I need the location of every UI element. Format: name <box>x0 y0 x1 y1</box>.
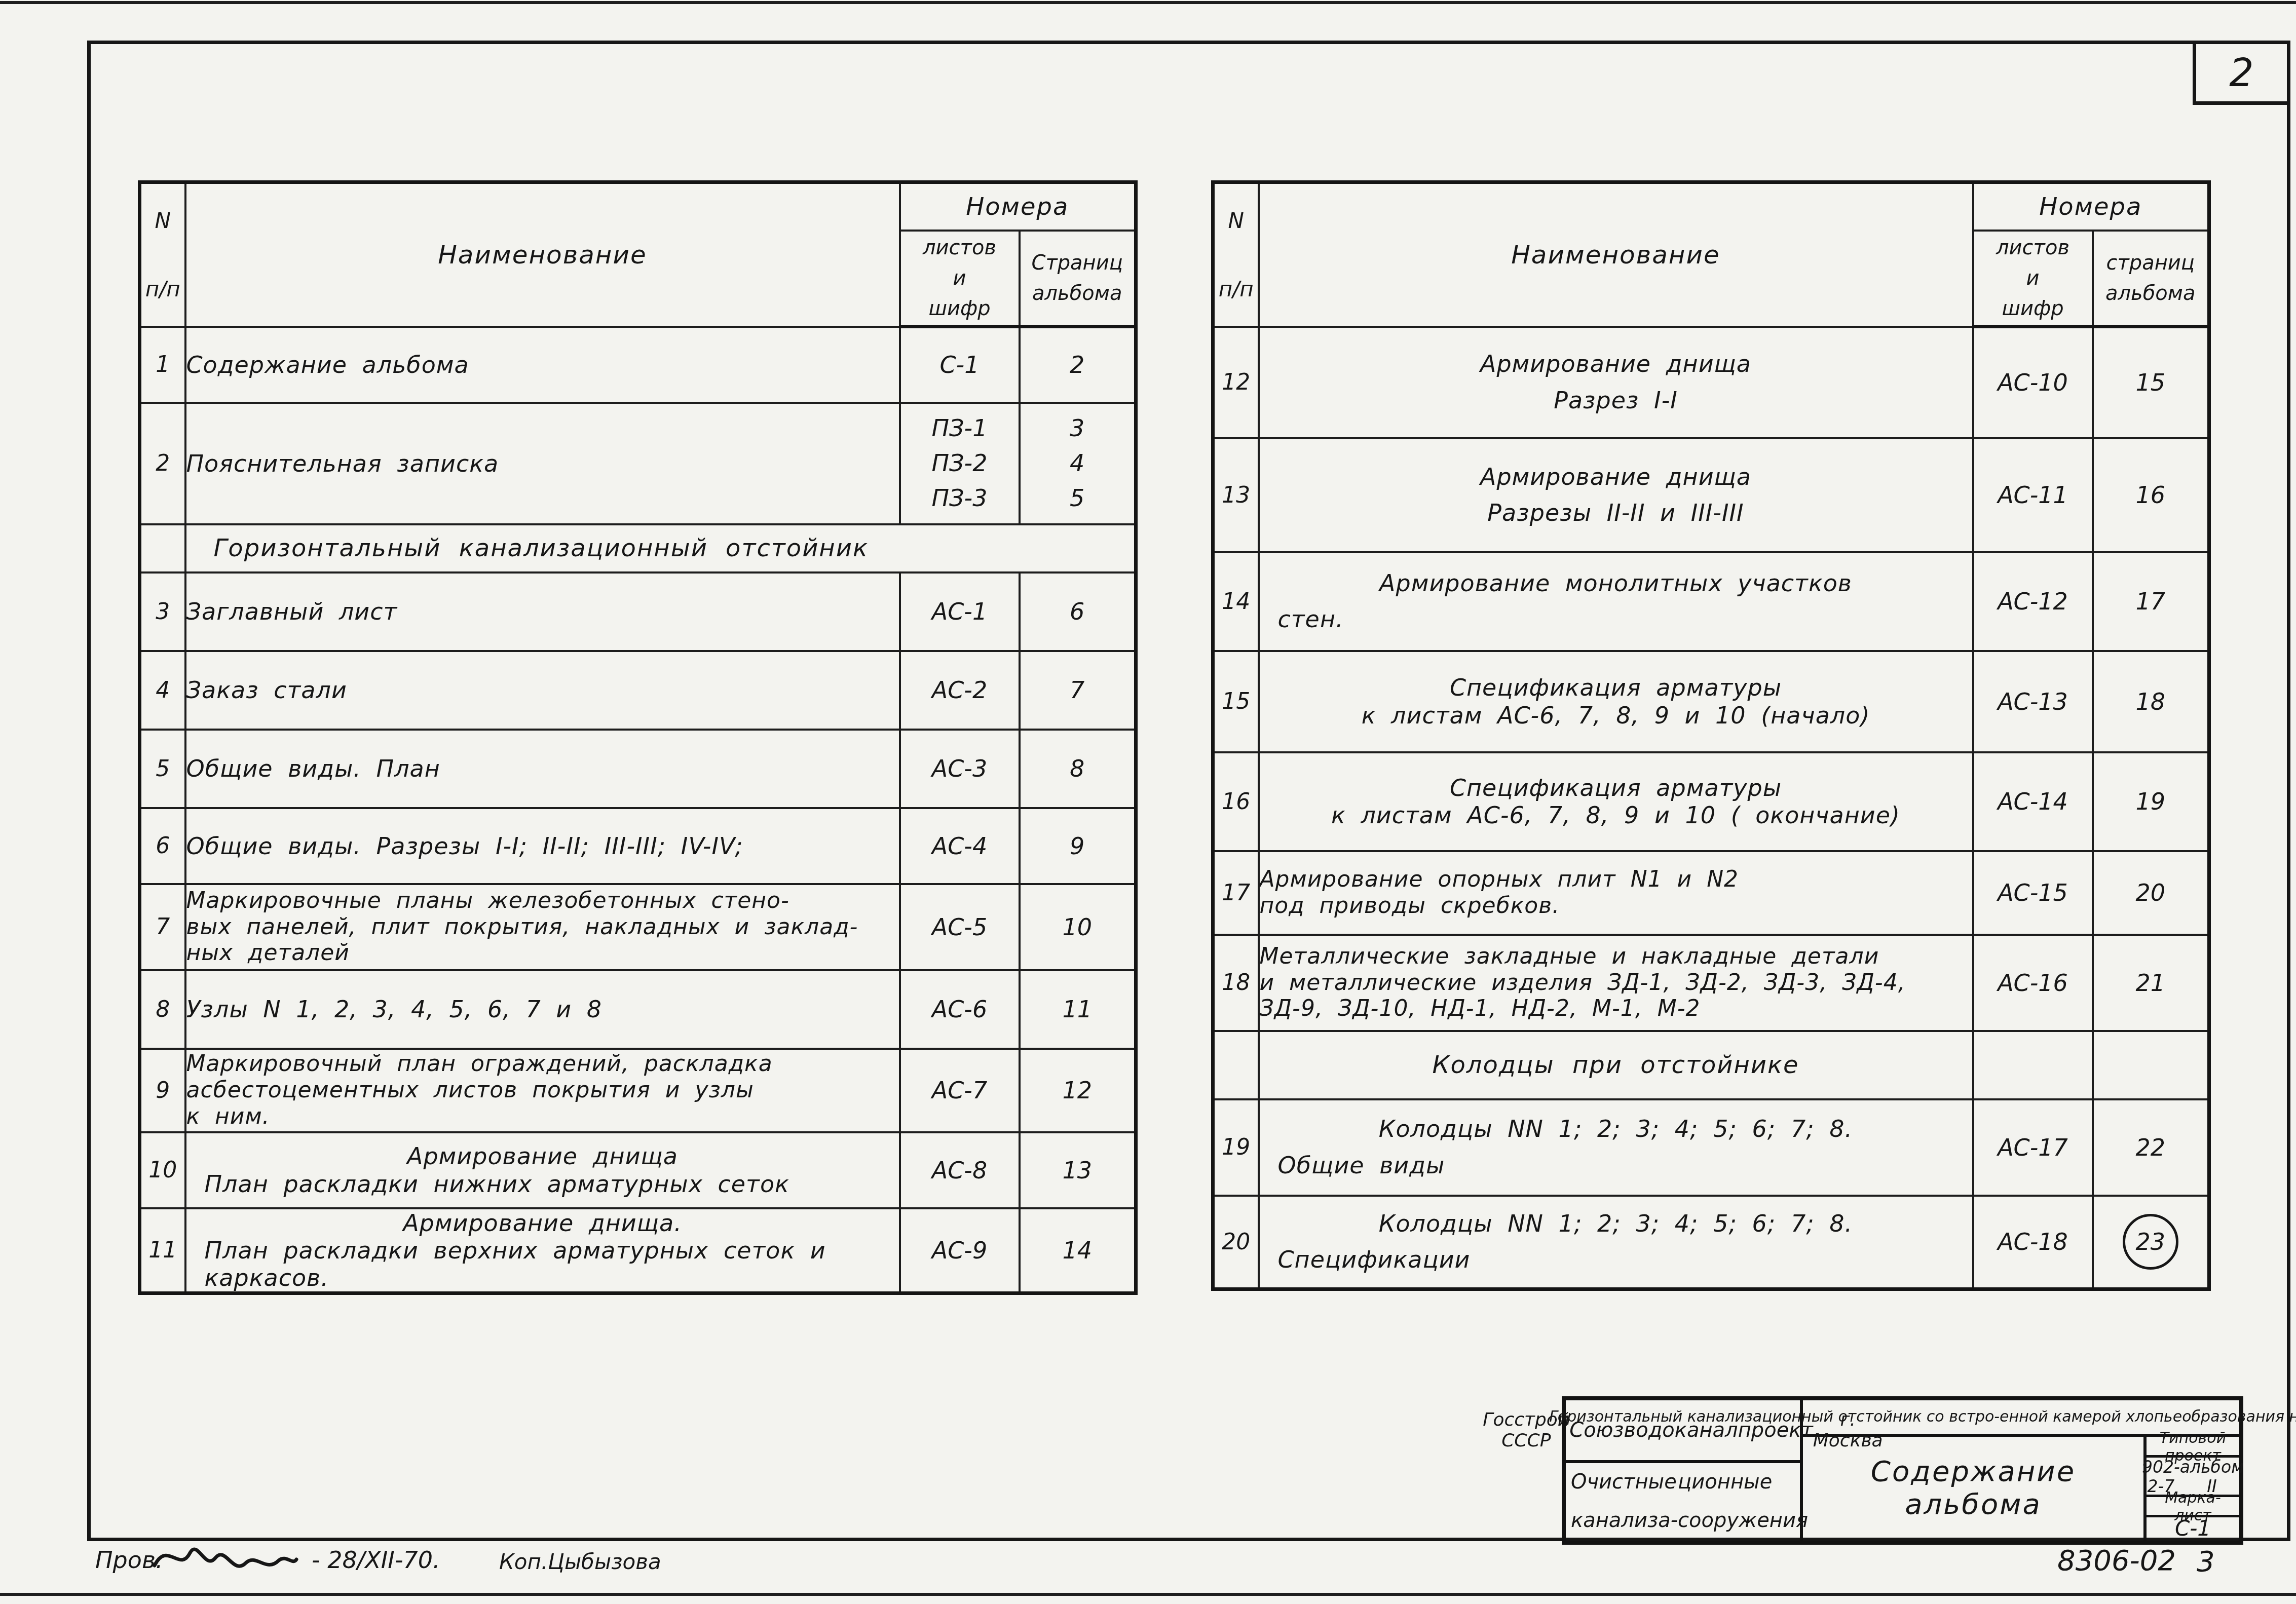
row-name: Спецификация арматурык листам АС-6, 7, 8… <box>1259 752 1973 851</box>
row-num: 9 <box>140 1049 185 1132</box>
row-name: Заказ стали <box>185 651 900 730</box>
row-page: 18 <box>2093 651 2209 752</box>
row-name: Армирование днищаРазрез I-I <box>1259 327 1973 438</box>
title-block: Госстрой СССРСоюзводоканалпроектг. Москв… <box>1562 1396 2243 1545</box>
row-page: 22 <box>2093 1099 2209 1196</box>
row-name: Маркировочный план ограждений, раскладка… <box>185 1049 900 1132</box>
row-name: Армирование опорных плит N1 и N2под прив… <box>1259 851 1973 935</box>
table-row: 5 Общие виды. План АС-3 8 <box>140 730 1136 808</box>
row-code <box>1973 1031 2093 1099</box>
row-page: 10 <box>1020 884 1136 970</box>
row-page: 19 <box>2093 752 2209 851</box>
row-name: Армирование днищаРазрезы II-II и III-III <box>1259 438 1973 552</box>
row-name: Пояснительная записка <box>185 403 900 524</box>
department-name: Очистные канализа-ционные сооружения <box>1571 1463 1800 1539</box>
row-num: 4 <box>140 651 185 730</box>
circled-page-number: 23 <box>2123 1214 2178 1270</box>
row-name: Армирование днищаПлан раскладки нижних а… <box>185 1132 900 1208</box>
row-page: 14 <box>1020 1208 1136 1293</box>
row-code: АС-10 <box>1973 327 2093 438</box>
row-page: 16 <box>2093 438 2209 552</box>
table-row: 13 Армирование днищаРазрезы II-II и III-… <box>1213 438 2209 552</box>
row-name: Металлические закладные и накладные дета… <box>1259 935 1973 1031</box>
header-num-cell: N п/п <box>140 182 185 327</box>
header-num-top: N <box>141 208 184 233</box>
row-page: 23 <box>2093 1196 2209 1289</box>
row-name: Армирование днища.План раскладки верхних… <box>185 1208 900 1293</box>
row-code: АС-7 <box>900 1049 1020 1132</box>
row-page: 21 <box>2093 935 2209 1031</box>
table-row: 6 Общие виды. Разрезы I-I; II-II; III-II… <box>140 808 1136 884</box>
row-num: 1 <box>140 327 185 403</box>
table-row: 16 Спецификация арматурык листам АС-6, 7… <box>1213 752 2209 851</box>
row-num: 5 <box>140 730 185 808</box>
row-page: 12 <box>1020 1049 1136 1132</box>
checked-date: - 28/XII-70. <box>312 1546 440 1574</box>
header-nomera-cell: Номера <box>900 182 1136 231</box>
section-title: Колодцы при отстойнике <box>1259 1031 1973 1099</box>
page-edge-bottom-line <box>0 1593 2296 1596</box>
table-row: 7 Маркировочные планы железобетонных сте… <box>140 884 1136 970</box>
row-code: АС-11 <box>1973 438 2093 552</box>
header-sheets-code-cell: листовишифр <box>900 231 1020 327</box>
row-page: 8 <box>1020 730 1136 808</box>
row-code: С-1 <box>900 327 1020 403</box>
header-sheets-code-cell: листовишифр <box>1973 231 2093 327</box>
row-code: АС-18 <box>1973 1196 2093 1289</box>
table-row: 15 Спецификация арматурык листам АС-6, 7… <box>1213 651 2209 752</box>
corner-page-number: 2 <box>2229 50 2253 95</box>
table-row: 3 Заглавный лист АС-1 6 <box>140 572 1136 651</box>
header-num-bottom: п/п <box>141 277 184 301</box>
section-row: Колодцы при отстойнике <box>1213 1031 2209 1099</box>
row-name: Колодцы NN 1; 2; 3; 4; 5; 6; 7; 8.Специф… <box>1259 1196 1973 1289</box>
row-name: Содержание альбома <box>185 327 900 403</box>
table-row: 14 Армирование монолитных участковстен. … <box>1213 552 2209 651</box>
row-code: АС-4 <box>900 808 1020 884</box>
row-code: АС-1 <box>900 572 1020 651</box>
header-num-top: N <box>1215 208 1258 233</box>
table-row: 8 Узлы N 1, 2, 3, 4, 5, 6, 7 и 8 АС-6 11 <box>140 970 1136 1049</box>
row-page: 20 <box>2093 851 2209 935</box>
row-name: Узлы N 1, 2, 3, 4, 5, 6, 7 и 8 <box>185 970 900 1049</box>
row-num <box>1213 1031 1259 1099</box>
header-nomera-cell: Номера <box>1973 182 2209 231</box>
row-name: Спецификация арматурык листам АС-6, 7, 8… <box>1259 651 1973 752</box>
row-num: 16 <box>1213 752 1259 851</box>
header-name-cell: Наименование <box>185 182 900 327</box>
row-num: 20 <box>1213 1196 1259 1289</box>
row-page: 17 <box>2093 552 2209 651</box>
row-code: АС-9 <box>900 1208 1020 1293</box>
row-num: 3 <box>140 572 185 651</box>
scanned-drawing-sheet: 2 N п/п Наименование Номера листовишифр … <box>0 0 2296 1604</box>
row-name: Колодцы NN 1; 2; 3; 4; 5; 6; 7; 8.Общие … <box>1259 1099 1973 1196</box>
table-row: 18 Металлические закладные и накладные д… <box>1213 935 2209 1031</box>
document-number: 8306-02 <box>2057 1544 2176 1577</box>
type-project-label: Типовой проект <box>2147 1437 2239 1457</box>
row-num: 8 <box>140 970 185 1049</box>
table-row: 4 Заказ стали АС-2 7 <box>140 651 1136 730</box>
signature-scribble <box>152 1535 299 1581</box>
page-edge-top-line <box>0 1 2296 4</box>
table-row: 10 Армирование днищаПлан раскладки нижни… <box>140 1132 1136 1208</box>
header-album-pages-cell: страницальбома <box>2093 231 2209 327</box>
section-row: Горизонтальный канализационный отстойник <box>140 524 1136 572</box>
row-code: АС-17 <box>1973 1099 2093 1196</box>
row-num: 2 <box>140 403 185 524</box>
row-num: 11 <box>140 1208 185 1293</box>
row-code: АС-14 <box>1973 752 2093 851</box>
row-page: 345 <box>1020 403 1136 524</box>
contents-table-left: N п/п Наименование Номера листовишифр Ст… <box>138 180 1138 1295</box>
header-num-cell: N п/п <box>1213 182 1259 327</box>
table-row: 2 Пояснительная записка ПЗ-1ПЗ-2ПЗ-3 345 <box>140 403 1136 524</box>
row-name: Маркировочные планы железобетонных стено… <box>185 884 900 970</box>
header-album-pages-cell: Страницальбома <box>1020 231 1136 327</box>
row-num: 6 <box>140 808 185 884</box>
copied-by-label: Коп.Цыбызова <box>499 1549 661 1574</box>
section-title: Горизонтальный канализационный отстойник <box>185 524 1136 572</box>
row-num: 7 <box>140 884 185 970</box>
contents-table-right: N п/п Наименование Номера листовишифр ст… <box>1211 180 2211 1291</box>
table-row: 1 Содержание альбома С-1 2 <box>140 327 1136 403</box>
table-row: 17 Армирование опорных плит N1 и N2под п… <box>1213 851 2209 935</box>
table-row: 9 Маркировочный план ограждений, расклад… <box>140 1049 1136 1132</box>
row-code: АС-3 <box>900 730 1020 808</box>
row-num: 19 <box>1213 1099 1259 1196</box>
row-page <box>2093 1031 2209 1099</box>
table-row: 11 Армирование днища.План раскладки верх… <box>140 1208 1136 1293</box>
header-num-bottom: п/п <box>1215 277 1258 301</box>
row-code: АС-8 <box>900 1132 1020 1208</box>
row-name: Заглавный лист <box>185 572 900 651</box>
row-page: 9 <box>1020 808 1136 884</box>
row-page: 6 <box>1020 572 1136 651</box>
table-row: 20 Колодцы NN 1; 2; 3; 4; 5; 6; 7; 8.Спе… <box>1213 1196 2209 1289</box>
row-num: 12 <box>1213 327 1259 438</box>
row-code: АС-5 <box>900 884 1020 970</box>
marka-list-value: С-1 <box>2147 1517 2239 1539</box>
row-num: 10 <box>140 1132 185 1208</box>
row-code: АС-16 <box>1973 935 2093 1031</box>
row-page: 11 <box>1020 970 1136 1049</box>
row-num: 13 <box>1213 438 1259 552</box>
row-num: 18 <box>1213 935 1259 1031</box>
row-code: ПЗ-1ПЗ-2ПЗ-3 <box>900 403 1020 524</box>
row-num: 14 <box>1213 552 1259 651</box>
row-page: 15 <box>2093 327 2209 438</box>
marka-list-label: Марка-лист <box>2147 1497 2239 1517</box>
header-name-cell: Наименование <box>1259 182 1973 327</box>
sheet-title: Содержание альбома <box>1803 1437 2143 1539</box>
row-page: 2 <box>1020 327 1136 403</box>
table-row: 19 Колодцы NN 1; 2; 3; 4; 5; 6; 7; 8.Общ… <box>1213 1099 2209 1196</box>
table-row: 12 Армирование днищаРазрез I-I АС-10 15 <box>1213 327 2209 438</box>
row-code: АС-15 <box>1973 851 2093 935</box>
corner-page-number-box: 2 <box>2193 41 2290 105</box>
row-name: Общие виды. План <box>185 730 900 808</box>
row-code: АС-2 <box>900 651 1020 730</box>
row-name: Армирование монолитных участковстен. <box>1259 552 1973 651</box>
row-num: 15 <box>1213 651 1259 752</box>
row-code: АС-13 <box>1973 651 2093 752</box>
row-num <box>140 524 185 572</box>
row-code: АС-6 <box>900 970 1020 1049</box>
bottom-sheet-number: 3 <box>2197 1545 2215 1578</box>
row-page: 13 <box>1020 1132 1136 1208</box>
row-name: Общие виды. Разрезы I-I; II-II; III-III;… <box>185 808 900 884</box>
row-num: 17 <box>1213 851 1259 935</box>
row-page: 7 <box>1020 651 1136 730</box>
row-code: АС-12 <box>1973 552 2093 651</box>
